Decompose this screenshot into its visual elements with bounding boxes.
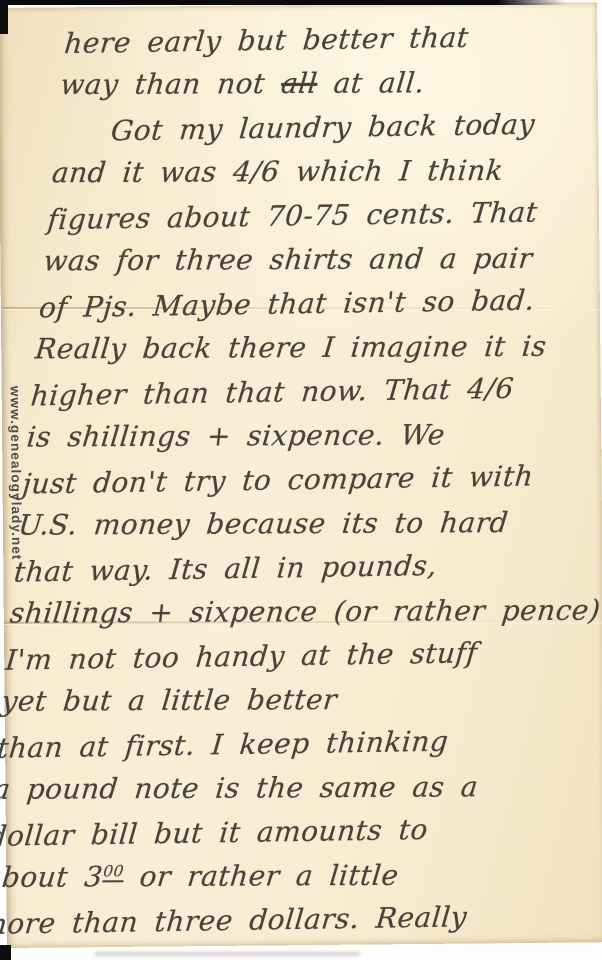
letter-line: than at first. I keep thinking — [0, 718, 565, 771]
scan-edge-corner-top-left — [0, 0, 8, 34]
letter-line: dollar bill but it amounts to — [0, 806, 557, 859]
letter-line: yet but a little better — [0, 677, 570, 724]
letter-page: www.genealogylady.net here early but bet… — [0, 2, 602, 948]
handwritten-text: than at first. I keep thinking — [0, 725, 450, 765]
letter-line: figures about 70-75 cents. That — [46, 189, 602, 242]
letter-body: here early but better thatway than not a… — [0, 15, 602, 945]
letter-line: that way. Its all in pounds, — [12, 542, 582, 595]
handwritten-text: a pound note is the same as a — [0, 770, 480, 806]
handwritten-text: figures about 70-75 cents. That — [46, 196, 539, 237]
letter-line: higher than that now. That 4/6 — [29, 366, 599, 419]
handwritten-text: higher than that now. That 4/6 — [29, 372, 515, 413]
letter-line: was for three shirts and a pair — [41, 236, 602, 283]
handwritten-text: about 3 — [0, 860, 104, 894]
handwritten-text: and it was 4/6 which I think — [50, 154, 504, 189]
handwritten-text: of Pjs. Maybe that isn't so bad. — [38, 284, 537, 325]
handwritten-text: or rather a little — [122, 859, 400, 893]
handwritten-text: shillings + sixpence (or rather pence) — [8, 594, 602, 630]
letter-line: U.S. money because its to hard — [16, 501, 586, 548]
letter-line: about 300 or rather a little — [0, 853, 553, 900]
struck-text: all — [280, 67, 319, 100]
handwritten-text: way than not — [59, 67, 283, 101]
letter-line: a pound note is the same as a — [0, 765, 561, 812]
handwritten-text: Got my laundry back today — [110, 108, 537, 148]
handwritten-text: yet but a little better — [0, 683, 339, 718]
letter-line: I'm not too handy at the stuff — [4, 630, 574, 683]
letter-line: Really back there I imagine it is — [33, 324, 602, 371]
letter-line: more than three dollars. Really — [0, 894, 549, 947]
handwritten-text: at all. — [316, 66, 426, 100]
handwritten-text: more than three dollars. Really — [0, 900, 469, 941]
letter-line: way than not all at all. — [58, 60, 602, 107]
letter-line: shillings + sixpence (or rather pence) — [8, 589, 578, 636]
letter-line: and it was 4/6 which I think — [50, 148, 602, 195]
scan-smudge-bottom — [95, 952, 360, 956]
letter-line: here early but better that — [62, 13, 602, 66]
handwritten-text: U.S. money because its to hard — [17, 506, 510, 542]
handwritten-text: I'm not too handy at the stuff — [4, 636, 479, 676]
handwritten-text: that way. Its all in pounds, — [13, 549, 439, 589]
handwritten-text: dollar bill but it amounts to — [0, 813, 429, 853]
letter-line: is shillings + sixpence. We — [25, 413, 595, 460]
superscript-amount: 00 — [102, 862, 125, 882]
handwritten-text: was for three shirts and a pair — [42, 242, 534, 278]
handwritten-text: is shillings + sixpence. We — [25, 418, 446, 453]
handwritten-text: Really back there I imagine it is — [34, 330, 548, 366]
scan-edge-strip-top — [0, 0, 566, 5]
letter-line: Got my laundry back today — [54, 101, 602, 154]
handwritten-text: here early but better that — [63, 21, 470, 60]
scan-edge-corner-bottom-left — [0, 945, 11, 960]
handwritten-text: just don't try to compare it with — [21, 459, 535, 500]
letter-line: of Pjs. Maybe that isn't so bad. — [37, 277, 602, 330]
scanned-letter-background: www.genealogylady.net here early but bet… — [0, 0, 602, 960]
letter-line: just don't try to compare it with — [20, 454, 590, 507]
